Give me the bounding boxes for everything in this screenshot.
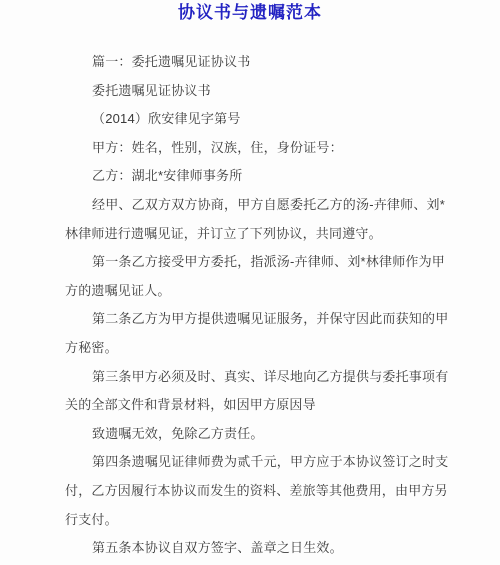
text-line: 方秘密。 xyxy=(65,334,441,363)
text-line: 方的遗嘱见证人。 xyxy=(65,277,441,306)
text-line: 第二条乙方为甲方提供遗嘱见证服务，并保守因此而获知的甲 xyxy=(65,305,441,334)
text-line: 第一条乙方接受甲方委托，指派汤-卉律师、刘*林律师作为甲 xyxy=(65,248,441,277)
document-body: 篇一：委托遗嘱见证协议书委托遗嘱见证协议书（2014）欣安律见字第号甲方：姓名，… xyxy=(65,48,441,563)
text-line: 关的全部文件和背景材料，如因甲方原因导 xyxy=(65,391,441,420)
text-line: 第五条本协议自双方签字、盖章之日生效。 xyxy=(65,534,441,563)
text-line: 经甲、乙双方双方协商，甲方自愿委托乙方的汤-卉律师、刘* xyxy=(65,191,441,220)
text-line: 委托遗嘱见证协议书 xyxy=(65,77,441,106)
text-line: 行支付。 xyxy=(65,506,441,535)
text-line: 致遗嘱无效，免除乙方责任。 xyxy=(65,420,441,449)
text-line: 第三条甲方必须及时、真实、详尽地向乙方提供与委托事项有 xyxy=(65,363,441,392)
text-line: （2014）欣安律见字第号 xyxy=(65,105,441,134)
text-line: 甲方：姓名，性别，汉族，住，身份证号： xyxy=(65,134,441,163)
text-line: 林律师进行遗嘱见证，并订立了下列协议，共同遵守。 xyxy=(65,220,441,249)
document-page: 协议书与遗嘱范本 篇一：委托遗嘱见证协议书委托遗嘱见证协议书（2014）欣安律见… xyxy=(0,0,500,565)
text-line: 乙方：湖北*安律师事务所 xyxy=(65,162,441,191)
text-line: 第四条遗嘱见证律师费为贰千元，甲方应于本协议签订之时支 xyxy=(65,448,441,477)
document-title: 协议书与遗嘱范本 xyxy=(0,0,500,23)
text-line: 付，乙方因履行本协议而发生的资料、差旅等其他费用，由甲方另 xyxy=(65,477,441,506)
text-line: 篇一：委托遗嘱见证协议书 xyxy=(65,48,441,77)
